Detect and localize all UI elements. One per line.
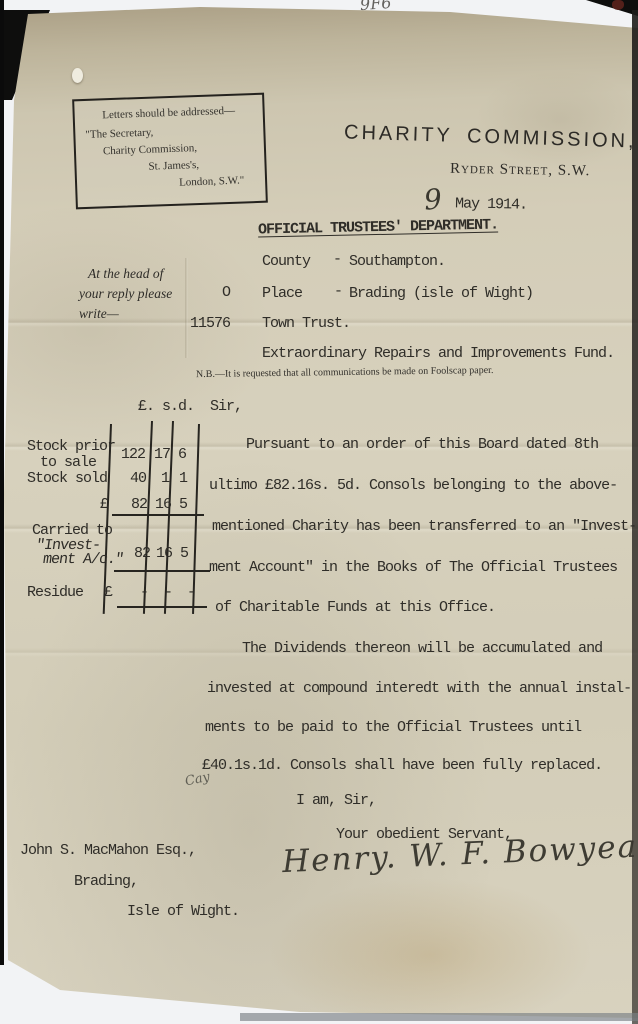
table-cell-shillings: 16 — [156, 545, 172, 562]
place-dash: - — [334, 283, 342, 300]
paper-crease — [185, 258, 188, 358]
reference-number: 11576 — [190, 315, 230, 332]
table-cell-shillings: 16 — [155, 496, 171, 513]
table-row-label: ment A/c." — [42, 551, 124, 568]
body-line: invested at compound interedt with the a… — [207, 680, 631, 697]
body-line: Pursuant to an order of this Board dated… — [246, 436, 598, 453]
margin-note-line: write— — [79, 306, 119, 322]
table-cell-pounds: 82 — [134, 545, 150, 562]
scan-edge-right — [632, 10, 638, 1024]
scan-corner-top-right — [578, 0, 638, 20]
letterhead-line: St. James's, — [148, 159, 199, 173]
fund-name: Extraordinary Repairs and Improvements F… — [262, 345, 614, 362]
table-cell-pounds: 40 — [130, 470, 146, 487]
salutation: Sir, — [210, 398, 242, 415]
table-rule-horizontal — [112, 514, 204, 516]
scanned-letter-page: 9F6 Letters should be addressed— "The Se… — [0, 0, 638, 1024]
margin-note-line: At the head of — [88, 266, 163, 282]
letterhead-line: Letters should be addressed— — [75, 104, 263, 123]
recipient-address-line: Isle of Wight. — [127, 903, 239, 920]
handwritten-signature: Henry. W. F. Bowyear — [281, 828, 638, 880]
body-line: ment Account" in the Books of The Offici… — [209, 559, 617, 576]
body-line: ultimo £82.16s. 5d. Consols belonging to… — [209, 477, 617, 494]
recipient-address-line: Brading, — [74, 873, 138, 890]
table-cell-pence: 6 — [178, 446, 186, 463]
body-line: £40.1s.1d. Consols shall have been fully… — [202, 757, 602, 774]
table-cell-pounds: - — [140, 584, 148, 601]
table-row-label: £ — [104, 584, 112, 601]
nb-footnote: N.B.—It is requested that all communicat… — [196, 365, 494, 380]
handwritten-date-day: 9 — [423, 182, 444, 216]
table-column-headers: £. s.d. — [138, 398, 194, 415]
department-heading: OFFICIAL TRUSTEES' DEPARTMENT. — [258, 216, 498, 238]
body-line: mentioned Charity has been transferred t… — [212, 518, 636, 535]
place-value: Brading (isle of Wight) — [349, 285, 533, 302]
place-label: Place — [262, 285, 302, 302]
body-line: ments to be paid to the Official Trustee… — [205, 719, 581, 736]
table-cell-pounds: 122 — [121, 446, 145, 463]
table-cell-shillings: 17 — [154, 446, 170, 463]
letter-paper: Letters should be addressed— "The Secret… — [0, 0, 638, 1024]
scan-edge-left — [0, 0, 4, 965]
table-cell-shillings: 1 — [161, 470, 169, 487]
table-row-label: £ — [100, 496, 108, 513]
reference-code: O — [222, 284, 230, 301]
letterhead-line: London, S.W." — [179, 174, 245, 188]
letterhead-address-box: Letters should be addressed— "The Secret… — [72, 93, 268, 210]
typed-date: May 1914. — [455, 195, 527, 213]
table-row-label: to sale — [40, 454, 96, 471]
table-cell-pence: - — [187, 584, 195, 601]
scan-edge-bottom — [240, 1013, 638, 1021]
paper-hole — [72, 68, 83, 83]
county-label: County — [262, 253, 310, 270]
table-cell-pence: 5 — [179, 496, 187, 513]
table-rule-horizontal — [114, 570, 210, 572]
table-cell-pounds: 82 — [131, 496, 147, 513]
scan-stain-top-right — [612, 0, 624, 10]
table-row-label: Stock prior — [27, 438, 115, 455]
closing-line: I am, Sir, — [296, 792, 376, 809]
organisation-title: CHARITY COMMISSION, — [344, 121, 637, 153]
body-line: of Charitable Funds at this Office. — [215, 599, 495, 616]
pencil-initials: Cay — [184, 770, 212, 790]
table-row-label: Residue — [27, 584, 83, 601]
table-cell-shillings: - — [164, 584, 172, 601]
table-cell-pence: 1 — [179, 470, 187, 487]
trust-name: Town Trust. — [262, 315, 350, 332]
margin-note-line: your reply please — [79, 286, 172, 302]
county-dash: - — [333, 251, 341, 268]
street-address: Ryder Street, S.W. — [450, 161, 591, 180]
county-value: Southampton. — [349, 253, 445, 270]
recipient-name: John S. MacMahon Esq., — [20, 842, 196, 859]
body-line: The Dividends thereon will be accumulate… — [242, 640, 602, 657]
table-rule-horizontal — [117, 606, 207, 608]
letterhead-line: "The Secretary, — [85, 127, 153, 141]
table-cell-pence: 5 — [180, 545, 188, 562]
letterhead-line: Charity Commission, — [103, 142, 197, 157]
table-row-label: Stock sold — [27, 470, 107, 487]
